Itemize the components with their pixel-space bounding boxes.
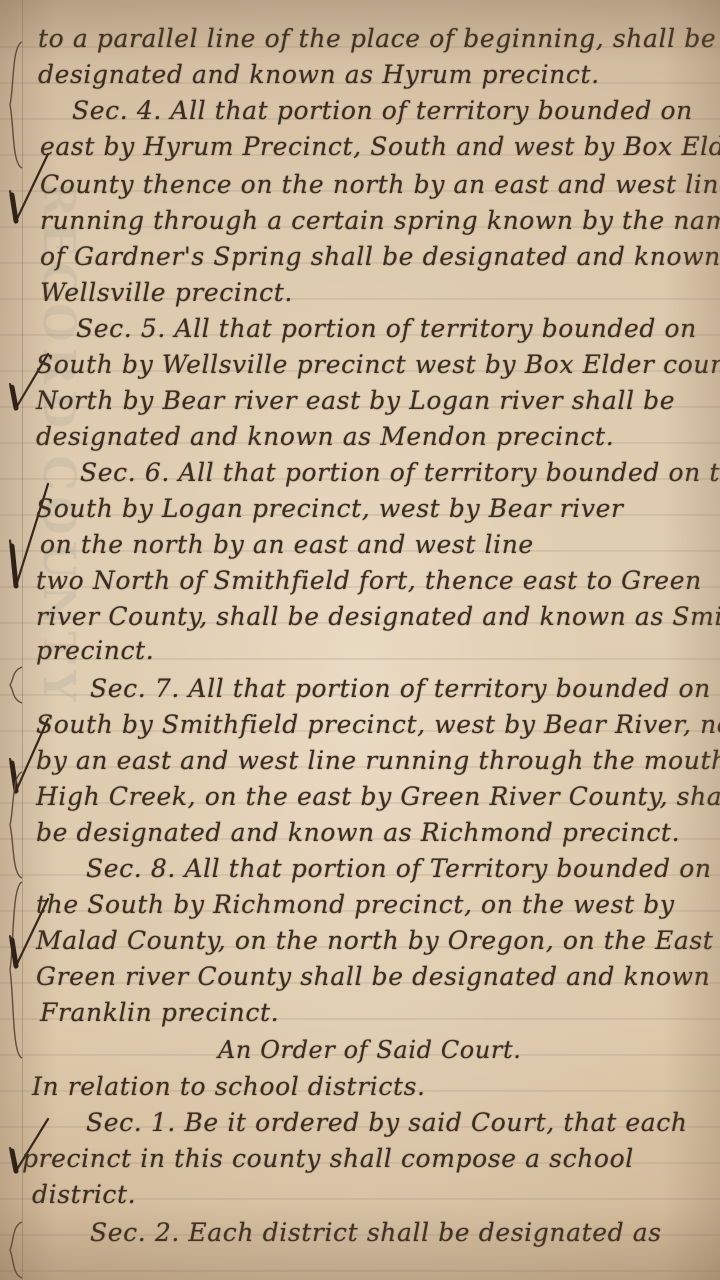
text-line: be designated and known as Richmond prec…: [36, 818, 680, 847]
text-line: of Gardner's Spring shall be designated …: [40, 242, 720, 271]
text-line: Malad County, on the north by Oregon, on…: [36, 926, 720, 955]
text-line: Sec. 8. All that portion of Territory bo…: [86, 854, 712, 883]
text-line: South by Wellsville precinct west by Box…: [36, 350, 720, 379]
text-line: Sec. 7. All that portion of territory bo…: [90, 674, 711, 703]
text-line: river County, shall be designated and kn…: [36, 602, 720, 631]
text-line: Sec. 2. Each district shall be designate…: [90, 1218, 662, 1247]
ledger-page: RECORD COUNTY to a parallel line of the …: [0, 0, 720, 1280]
section-heading: An Order of Said Court.: [218, 1036, 521, 1064]
text-line: Green river County shall be designated a…: [36, 962, 710, 991]
text-line: running through a certain spring known b…: [40, 206, 720, 235]
text-line: County thence on the north by an east an…: [40, 170, 720, 199]
margin-rule: [22, 0, 23, 1280]
text-line: North by Bear river east by Logan river …: [36, 386, 675, 415]
text-line: east by Hyrum Precinct, South and west b…: [40, 132, 720, 161]
text-line: designated and known as Hyrum precinct.: [38, 60, 600, 89]
text-line: on the north by an east and west line: [40, 530, 534, 559]
text-line: High Creek, on the east by Green River C…: [36, 782, 720, 811]
text-line: two North of Smithfield fort, thence eas…: [36, 566, 702, 595]
text-line: by an east and west line running through…: [36, 746, 720, 775]
text-line: South by Logan precinct, west by Bear ri…: [36, 494, 624, 523]
text-line: district.: [32, 1180, 136, 1209]
text-line: Sec. 4. All that portion of territory bo…: [72, 96, 693, 125]
text-line: the South by Richmond precinct, on the w…: [36, 890, 675, 919]
text-line: In relation to school districts.: [32, 1072, 426, 1101]
text-line: designated and known as Mendon precinct.: [36, 422, 614, 451]
text-line: to a parallel line of the place of begin…: [38, 24, 716, 53]
text-line: South by Smithfield precinct, west by Be…: [36, 710, 720, 739]
text-line: Sec. 6. All that portion of territory bo…: [80, 458, 720, 487]
text-line: Sec. 5. All that portion of territory bo…: [76, 314, 697, 343]
text-line: Sec. 1. Be it ordered by said Court, tha…: [86, 1108, 688, 1137]
text-line: Wellsville precinct.: [40, 278, 293, 307]
text-line: precinct.: [36, 636, 154, 665]
text-line: Franklin precinct.: [40, 998, 279, 1027]
text-line: precinct in this county shall compose a …: [22, 1144, 634, 1173]
